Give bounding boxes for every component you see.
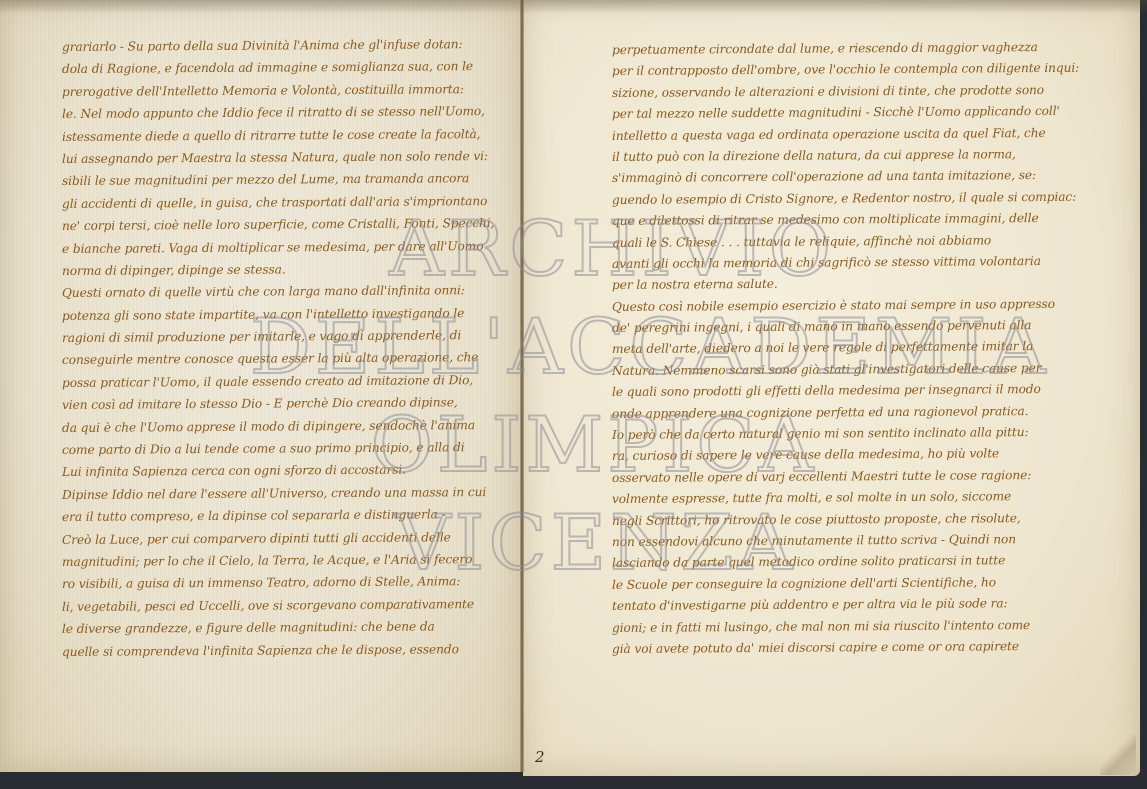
text-line: Lui infinita Sapienza cerca con ogni sfo… (62, 458, 495, 483)
left-page: grariarlo - Su parto della sua Divinità … (0, 0, 522, 772)
text-line: per il contrapposto dell'ombre, ove l'oc… (612, 58, 1079, 83)
manuscript-spread: grariarlo - Su parto della sua Divinità … (0, 0, 1147, 789)
top-edge-shadow (0, 0, 1147, 14)
text-line: quali le S. Chiese . . . tuttavia le rel… (612, 229, 1079, 254)
text-line: Questi ornato di quelle virtù che con la… (62, 279, 495, 304)
text-line: dola di Ragione, e facendola ad immagine… (62, 55, 495, 80)
text-line: que e dilettossi di ritrar se medesimo c… (612, 208, 1079, 233)
text-line: già voi avete potuto da' miei discorsi c… (612, 636, 1079, 661)
text-line: ro visibili, a guisa di un immenso Teatr… (62, 570, 495, 595)
book-spine (520, 0, 524, 772)
text-line: conseguirle mentre conosce questa esser … (62, 346, 495, 371)
text-line: li, vegetabili, pesci ed Uccelli, ove si… (62, 593, 495, 618)
text-line: prerogative dell'Intelletto Memoria e Vo… (62, 78, 495, 103)
text-line: s'immaginò di concorrere coll'operazione… (612, 165, 1079, 190)
text-line: lasciando da parte quel metodico ordine … (612, 550, 1079, 575)
text-line: ne' corpi tersi, cioè nelle loro superfi… (62, 212, 495, 237)
text-line: era il tutto compreso, e la dipinse col … (62, 503, 495, 528)
text-line: per tal mezzo nelle suddette magnitudini… (612, 101, 1079, 126)
page-number: 2 (535, 748, 545, 766)
text-line: per la nostra eterna salute. (612, 272, 1079, 297)
text-line: vien così ad imitare lo stesso Dio - E p… (62, 391, 495, 416)
text-line: quelle si comprendeva l'infinita Sapienz… (62, 638, 495, 663)
text-line: da qui è che l'Uomo apprese il modo di d… (62, 414, 495, 439)
text-line: le quali sono prodotti gli effetti della… (612, 379, 1079, 404)
text-line: meta dell'arte, diedero a noi le vere re… (612, 336, 1079, 361)
folded-corner (1100, 735, 1136, 775)
text-line: e bianche pareti. Vaga di moltiplicar se… (62, 234, 495, 259)
text-line: istessamente diede a quello di ritrarre … (62, 123, 495, 148)
text-line: gli accidenti di quelle, in guisa, che t… (62, 190, 495, 215)
text-line: le. Nel modo appunto che Iddio fece il r… (62, 100, 495, 125)
text-line: tentato d'investigarne più addentro e pe… (612, 593, 1079, 618)
left-page-text: grariarlo - Su parto della sua Divinità … (62, 36, 494, 663)
text-line: volmente espresse, tutte fra molti, e so… (612, 486, 1079, 511)
text-line: potenza gli sono state impartite, va con… (62, 302, 495, 327)
text-line: sibili le sue magnitudini per mezzo del … (62, 167, 495, 192)
text-line: ra, curioso di sapere le vere cause dell… (612, 443, 1079, 468)
text-line: Dipinse Iddio nel dare l'essere all'Univ… (62, 481, 495, 506)
text-line: Creò la Luce, per cui comparvero dipinti… (62, 526, 495, 551)
text-line: le diverse grandezze, e figure delle mag… (62, 615, 495, 640)
right-page-text: perpetuamente circondate dal lume, e rie… (612, 40, 1079, 660)
